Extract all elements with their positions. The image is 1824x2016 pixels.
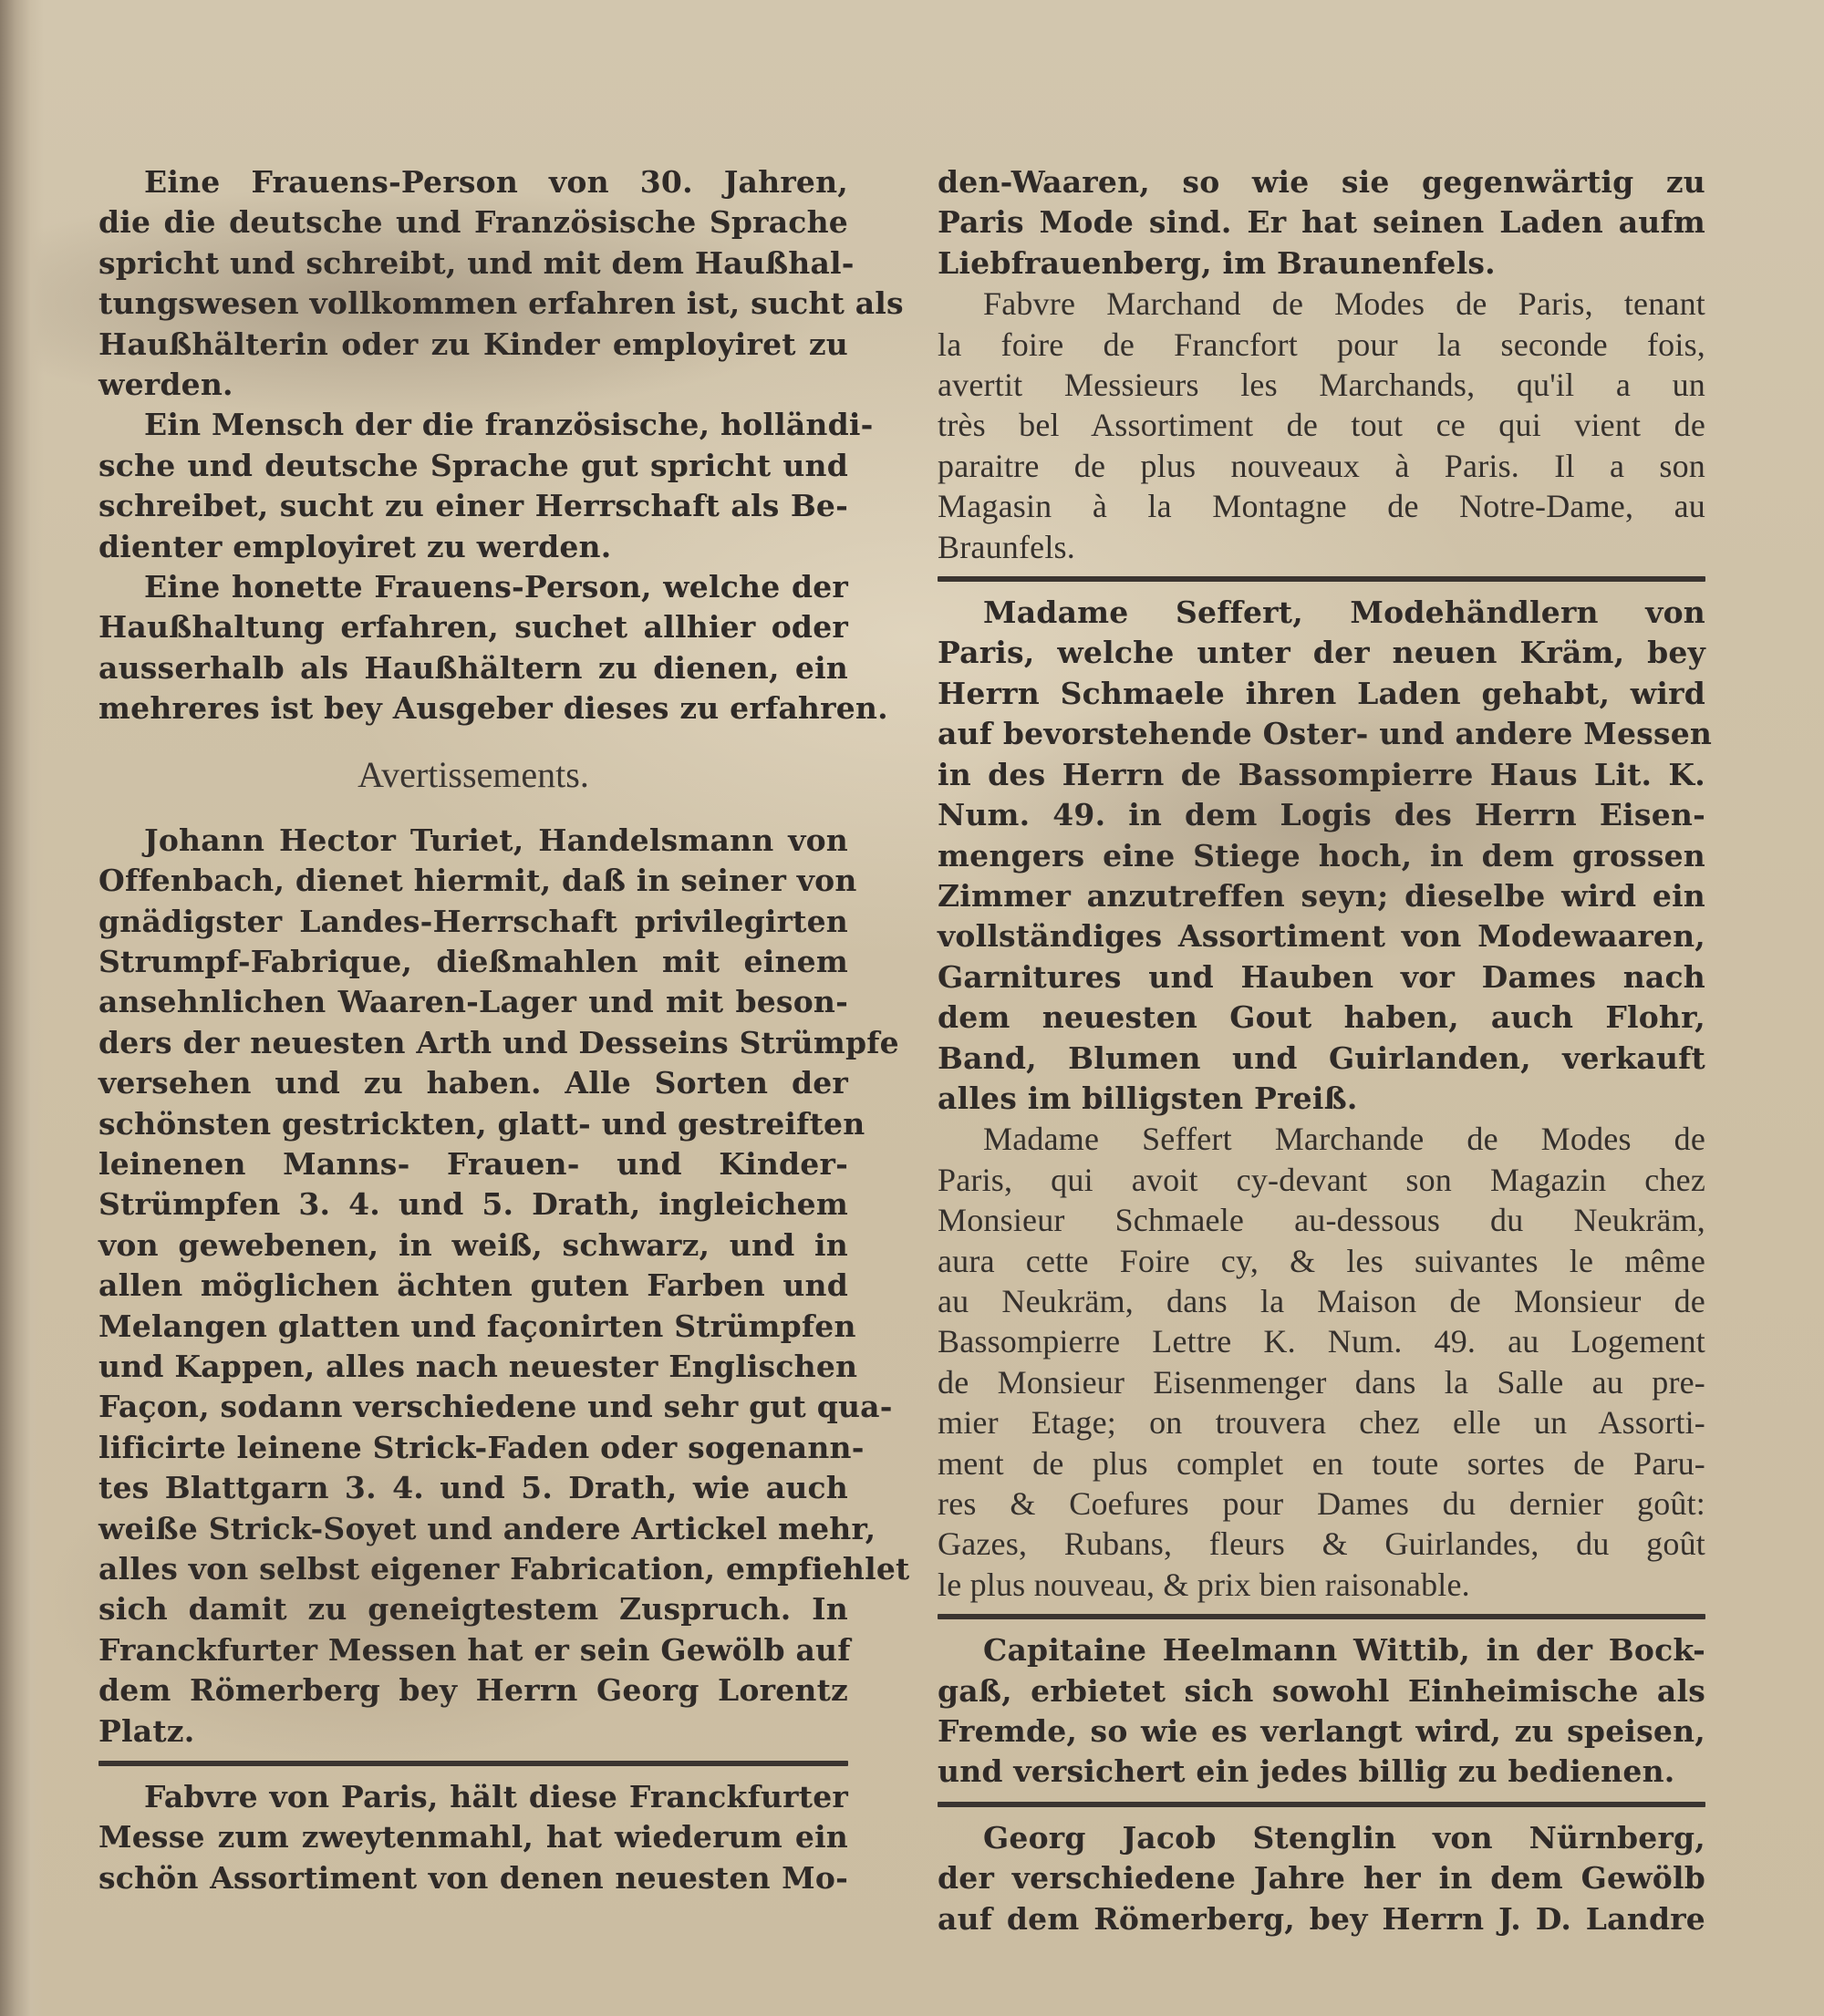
text-line: mehreres ist bey Ausgeber dieses zu erfa… [98, 688, 848, 729]
text-line: tungswesen vollkommen erfahren ist, such… [98, 284, 848, 324]
advert-seffert-german: Madame Seffert, Modehändlern vonParis, w… [938, 593, 1705, 1119]
left-column: Eine Frauens-Person von 30. Jahren,die d… [98, 162, 848, 1898]
text-line: von gewebenen, in weiß, schwarz, und in [98, 1225, 848, 1266]
newspaper-page: Eine Frauens-Person von 30. Jahren,die d… [0, 0, 1824, 2016]
text-line: Offenbach, dienet hiermit, daß in seiner… [98, 861, 848, 901]
text-line: werden. [98, 365, 848, 405]
text-line: ansehnlichen Waaren-Lager und mit beson- [98, 982, 848, 1022]
text-line: Madame Seffert, Modehändlern von [938, 593, 1705, 633]
text-line: avertit Messieurs les Marchands, qu'il a… [938, 365, 1705, 405]
text-line: Eine Frauens-Person von 30. Jahren, [98, 162, 848, 202]
text-line: sche und deutsche Sprache gut spricht un… [98, 446, 848, 486]
text-line: Franckfurter Messen hat er sein Gewölb a… [98, 1630, 848, 1670]
text-line: der verschiedene Jahre her in dem Gewölb [938, 1858, 1705, 1898]
text-line: Band, Blumen und Guirlanden, verkauft [938, 1039, 1705, 1079]
notice-honest-woman: Eine honette Frauens-Person, welche derH… [98, 567, 848, 729]
section-heading-avertissements: Avertissements. [98, 729, 848, 821]
advert-fabvre-french: Fabvre Marchand de Modes de Paris, tenan… [938, 284, 1705, 567]
text-line: weiße Strick-Soyet und andere Artickel m… [98, 1509, 848, 1549]
text-line: Strumpf-Fabrique, dießmahlen mit einem [98, 942, 848, 982]
text-line: le plus nouveau, & prix bien raisonable. [938, 1565, 1705, 1605]
text-line: dem Römerberg bey Herrn Georg Lorentz [98, 1670, 848, 1711]
text-line: Garnitures und Hauben vor Dames nach [938, 957, 1705, 998]
text-line: Liebfrauenberg, im Braunenfels. [938, 243, 1705, 284]
text-line: schönsten gestrickten, glatt- und gestre… [98, 1104, 848, 1144]
text-line: Magasin à la Montagne de Notre-Dame, au [938, 486, 1705, 526]
text-line: très bel Assortiment de tout ce qui vien… [938, 405, 1705, 445]
advert-fabvre-german: Fabvre von Paris, hält diese Franckfurte… [98, 1777, 848, 1898]
text-line: Fabvre von Paris, hält diese Franckfurte… [98, 1777, 848, 1817]
text-line: vollständiges Assortiment von Modewaaren… [938, 916, 1705, 956]
advert-seffert-french: Madame Seffert Marchande de Modes dePari… [938, 1119, 1705, 1605]
section-divider-rule [938, 576, 1705, 582]
text-line: Paris Mode sind. Er hat seinen Laden auf… [938, 202, 1705, 243]
notice-housekeeper-woman: Eine Frauens-Person von 30. Jahren,die d… [98, 162, 848, 405]
text-line: Georg Jacob Stenglin von Nürnberg, [938, 1818, 1705, 1858]
text-line: aura cette Foire cy, & les suivantes le … [938, 1241, 1705, 1281]
text-line: de Monsieur Eisenmenger dans la Salle au… [938, 1362, 1705, 1402]
text-line: spricht und schreibt, und mit dem Haußha… [98, 243, 848, 284]
section-divider-rule [938, 1802, 1705, 1807]
text-line: auf bevorstehende Oster- und andere Mess… [938, 714, 1705, 754]
text-line: Capitaine Heelmann Wittib, in der Bock- [938, 1630, 1705, 1670]
text-line: mengers eine Stiege hoch, in dem grossen [938, 836, 1705, 876]
text-line: Façon, sodann verschiedene und sehr gut … [98, 1387, 848, 1427]
advert-heelmann-widow: Capitaine Heelmann Wittib, in der Bock-g… [938, 1630, 1705, 1793]
text-line: und Kappen, alles nach neuester Englisch… [98, 1347, 848, 1387]
text-line: Fremde, so wie es verlangt wird, zu spei… [938, 1711, 1705, 1752]
text-line: lificirte leinene Strick-Faden oder soge… [98, 1428, 848, 1468]
text-line: la foire de Francfort pour la seconde fo… [938, 325, 1705, 365]
text-line: gnädigster Landes-Herrschaft privilegirt… [98, 902, 848, 942]
text-line: ausserhalb als Haußhältern zu dienen, ei… [98, 648, 848, 688]
text-line: Braunfels. [938, 527, 1705, 567]
text-line: ment de plus complet en toute sortes de … [938, 1443, 1705, 1484]
text-line: Gazes, Rubans, fleurs & Guirlandes, du g… [938, 1524, 1705, 1564]
text-line: alles im billigsten Preiß. [938, 1079, 1705, 1119]
advert-stenglin-nuernberg: Georg Jacob Stenglin von Nürnberg,der ve… [938, 1818, 1705, 1939]
text-line: allen möglichen ächten guten Farben und [98, 1266, 848, 1306]
right-column: den-Waaren, so wie sie gegenwärtig zuPar… [938, 162, 1705, 1939]
text-line: tes Blattgarn 3. 4. und 5. Drath, wie au… [98, 1468, 848, 1508]
text-line: leinenen Manns- Frauen- und Kinder- [98, 1144, 848, 1184]
text-line: Johann Hector Turiet, Handelsmann von [98, 821, 848, 861]
text-line: Paris, welche unter der neuen Kräm, bey [938, 633, 1705, 673]
text-line: und versichert ein jedes billig zu bedie… [938, 1752, 1705, 1792]
text-line: dienter employiret zu werden. [98, 527, 848, 567]
text-line: Fabvre Marchand de Modes de Paris, tenan… [938, 284, 1705, 324]
text-line: sich damit zu geneigtestem Zuspruch. In [98, 1589, 848, 1629]
text-line: alles von selbst eigener Fabrication, em… [98, 1549, 848, 1589]
text-line: Ein Mensch der die französische, holländ… [98, 405, 848, 445]
text-line: Herrn Schmaele ihren Laden gehabt, wird [938, 674, 1705, 714]
text-line: Eine honette Frauens-Person, welche der [98, 567, 848, 607]
text-line: res & Coefures pour Dames du dernier goû… [938, 1484, 1705, 1524]
text-line: die die deutsche und Französische Sprach… [98, 202, 848, 243]
text-line: mier Etage; on trouvera chez elle un Ass… [938, 1402, 1705, 1442]
text-line: paraitre de plus nouveaux à Paris. Il a … [938, 446, 1705, 486]
text-line: Messe zum zweytenmahl, hat wiederum ein [98, 1817, 848, 1857]
text-line: gaß, erbietet sich sowohl Einheimische a… [938, 1671, 1705, 1711]
page-spine-edge [0, 0, 44, 2016]
text-line: in des Herrn de Bassompierre Haus Lit. K… [938, 755, 1705, 795]
notice-servant-man: Ein Mensch der die französische, holländ… [98, 405, 848, 567]
text-line: ders der neuesten Arth und Desseins Strü… [98, 1023, 848, 1063]
text-line: Paris, qui avoit cy-devant son Magazin c… [938, 1160, 1705, 1200]
text-line: Madame Seffert Marchande de Modes de [938, 1119, 1705, 1159]
text-line: Haußhälterin oder zu Kinder employiret z… [98, 325, 848, 365]
text-line: Platz. [98, 1711, 848, 1752]
text-line: dem neuesten Gout haben, auch Flohr, [938, 998, 1705, 1038]
text-line: Haußhaltung erfahren, suchet allhier ode… [98, 607, 848, 647]
advert-fabvre-german-continued: den-Waaren, so wie sie gegenwärtig zuPar… [938, 162, 1705, 284]
text-line: Strümpfen 3. 4. und 5. Drath, ingleichem [98, 1184, 848, 1225]
text-line: Zimmer anzutreffen seyn; dieselbe wird e… [938, 876, 1705, 916]
text-line: Num. 49. in dem Logis des Herrn Eisen- [938, 795, 1705, 835]
text-line: schön Assortiment von denen neuesten Mo- [98, 1858, 848, 1898]
section-divider-rule [98, 1761, 848, 1766]
text-line: Monsieur Schmaele au-dessous du Neukräm, [938, 1200, 1705, 1240]
text-line: auf dem Römerberg, bey Herrn J. D. Landr… [938, 1899, 1705, 1939]
advert-turiet-stockings: Johann Hector Turiet, Handelsmann vonOff… [98, 821, 848, 1752]
text-line: den-Waaren, so wie sie gegenwärtig zu [938, 162, 1705, 202]
text-line: versehen und zu haben. Alle Sorten der [98, 1063, 848, 1103]
text-line: au Neukräm, dans la Maison de Monsieur d… [938, 1281, 1705, 1321]
text-line: Melangen glatten und façonirten Strümpfe… [98, 1307, 848, 1347]
text-line: Bassompierre Lettre K. Num. 49. au Logem… [938, 1321, 1705, 1361]
text-line: schreibet, sucht zu einer Herrschaft als… [98, 486, 848, 526]
section-divider-rule [938, 1614, 1705, 1619]
